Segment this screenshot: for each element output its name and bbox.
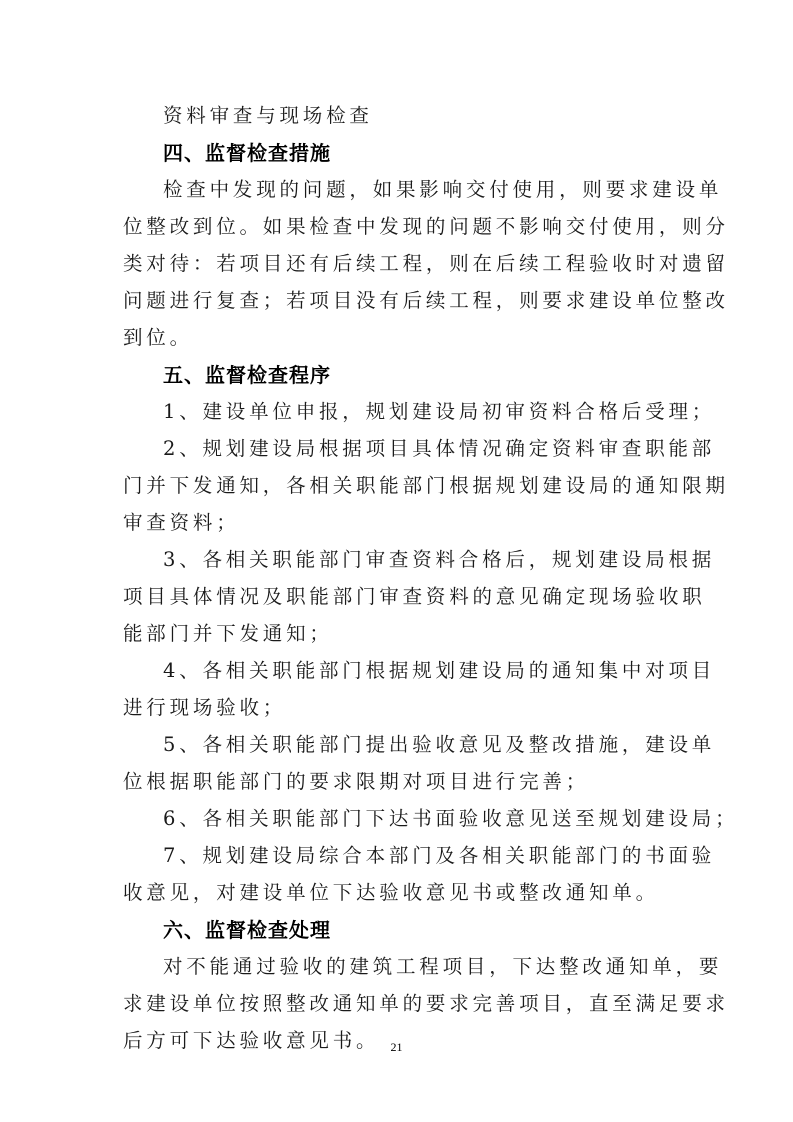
list-item-1: 1、建设单位申报，规划建设局初审资料合格后受理； [163,394,715,430]
paragraph-line: 门并下发通知，各相关职能部门根据规划建设局的通知限期 [123,468,729,504]
list-item-4: 4、各相关职能部门根据规划建设局的通知集中对项目 [163,653,715,689]
page-number: 21 [0,1040,793,1055]
paragraph-line: 对不能通过验收的建筑工程项目，下达整改通知单，要 [163,949,722,985]
paragraph-line: 位整改到位。如果检查中发现的问题不影响交付使用，则分 [123,209,729,245]
paragraph-line: 能部门并下发通知； [123,616,333,652]
paragraph-line: 类对待：若项目还有后续工程，则在后续工程验收时对遗留 [123,246,729,282]
list-item-5: 5、各相关职能部门提出验收意见及整改措施，建设单 [163,727,715,763]
paragraph-line: 资料审查与现场检查 [163,98,373,134]
paragraph-line: 项目具体情况及职能部门审查资料的意见确定现场验收职 [123,579,706,615]
paragraph-line: 审查资料； [123,505,240,541]
list-item-7: 7、规划建设局综合本部门及各相关职能部门的书面验 [163,838,715,874]
section-heading-6: 六、监督检查处理 [163,912,331,948]
paragraph-line: 到位。 [123,320,193,356]
paragraph-line: 问题进行复查；若项目没有后续工程，则要求建设单位整改 [123,283,729,319]
paragraph-line: 进行现场验收； [123,690,286,726]
paragraph-line: 检查中发现的问题，如果影响交付使用，则要求建设单 [163,172,722,208]
paragraph-line: 位根据职能部门的要求限期对项目进行完善； [123,764,589,800]
section-heading-4: 四、监督检查措施 [163,135,331,171]
list-item-3: 3、各相关职能部门审查资料合格后，规划建设局根据 [163,542,715,578]
paragraph-line: 收意见，对建设单位下达验收意见书或整改通知单。 [123,875,659,911]
list-item-2: 2、规划建设局根据项目具体情况确定资料审查职能部 [163,431,715,467]
section-heading-5: 五、监督检查程序 [163,357,331,393]
paragraph-line: 求建设单位按照整改通知单的要求完善项目，直至满足要求 [123,986,729,1022]
list-item-6: 6、各相关职能部门下达书面验收意见送至规划建设局； [163,801,738,837]
